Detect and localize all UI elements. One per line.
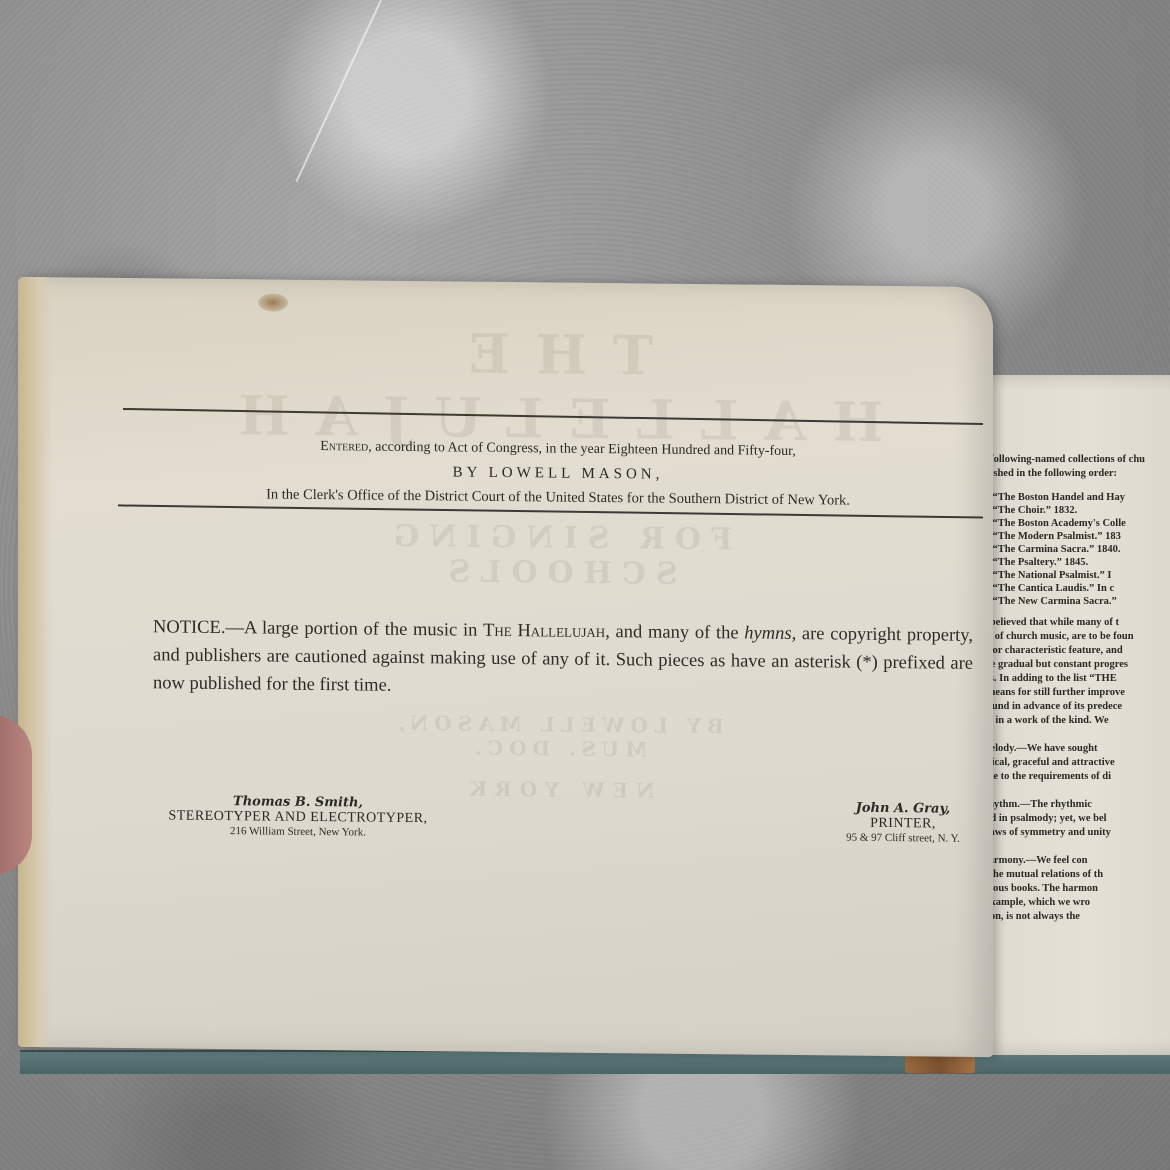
stereotyper-role: STEREOTYPER AND ELECTROTYPER, <box>168 808 428 827</box>
stereotyper-imprint: Thomas B. Smith, STEREOTYPER AND ELECTRO… <box>168 793 428 839</box>
list-item: 1. “The Boston Handel and Hay <box>970 491 1170 504</box>
printer-role: PRINTER, <box>828 815 978 833</box>
list-item: 8. “The Cantica Laudis.” In c <box>970 582 1170 595</box>
water-stain <box>258 293 288 311</box>
list-item: 7. “The National Psalmist.” I <box>970 569 1170 582</box>
list-item: 5. “The Carmina Sacra.” 1840. <box>970 543 1170 556</box>
bleed-through-byline: BY LOWELL MASON, MUS. DOC. <box>348 710 768 762</box>
collections-list: 1. “The Boston Handel and Hay 2. “The Ch… <box>970 491 1170 608</box>
left-page: THE HALLELUJAH FOR SINGING SCHOOLS BY LO… <box>18 277 993 1057</box>
preface-intro-line2: published in the following order: <box>970 467 1170 481</box>
list-item: 9. “The New Carmina Sacra.” <box>970 595 1170 608</box>
book-title: The Hallelujah <box>483 621 605 642</box>
printer-imprint: John A. Gray, PRINTER, 95 & 97 Cliff str… <box>828 800 978 845</box>
list-item: 6. “The Psaltery.” 1845. <box>970 556 1170 569</box>
harmony-section: 3. Harmony.—We feel con and the mutual r… <box>970 854 1170 924</box>
printer-address: 95 & 97 Cliff street, N. Y. <box>828 831 978 845</box>
copyright-notice: NOTICE.—A large portion of the music in … <box>153 613 973 706</box>
cover-wear-mark <box>905 1055 975 1073</box>
printer-name: John A. Gray, <box>828 800 978 817</box>
preface-intro-line1: The following-named collections of chu <box>970 453 1170 467</box>
rhythm-section: 2. Rhythm.—The rhythmic found in psalmod… <box>970 798 1170 840</box>
bleed-through-subtitle: FOR SINGING SCHOOLS <box>318 518 798 593</box>
thumb <box>0 715 32 875</box>
melody-section: 1. Melody.—We have sought metrical, grac… <box>970 742 1170 784</box>
copyright-block: Entered, according to Act of Congress, i… <box>208 434 908 513</box>
preface-paragraph: It is believed that while many of t book… <box>970 616 1170 728</box>
list-item: 4. “The Modern Psalmist.” 183 <box>970 530 1170 543</box>
list-item: 3. “The Boston Academy's Colle <box>970 517 1170 530</box>
list-item: 2. “The Choir.” 1832. <box>970 504 1170 517</box>
preface-text: The following-named collections of chu p… <box>970 453 1170 924</box>
